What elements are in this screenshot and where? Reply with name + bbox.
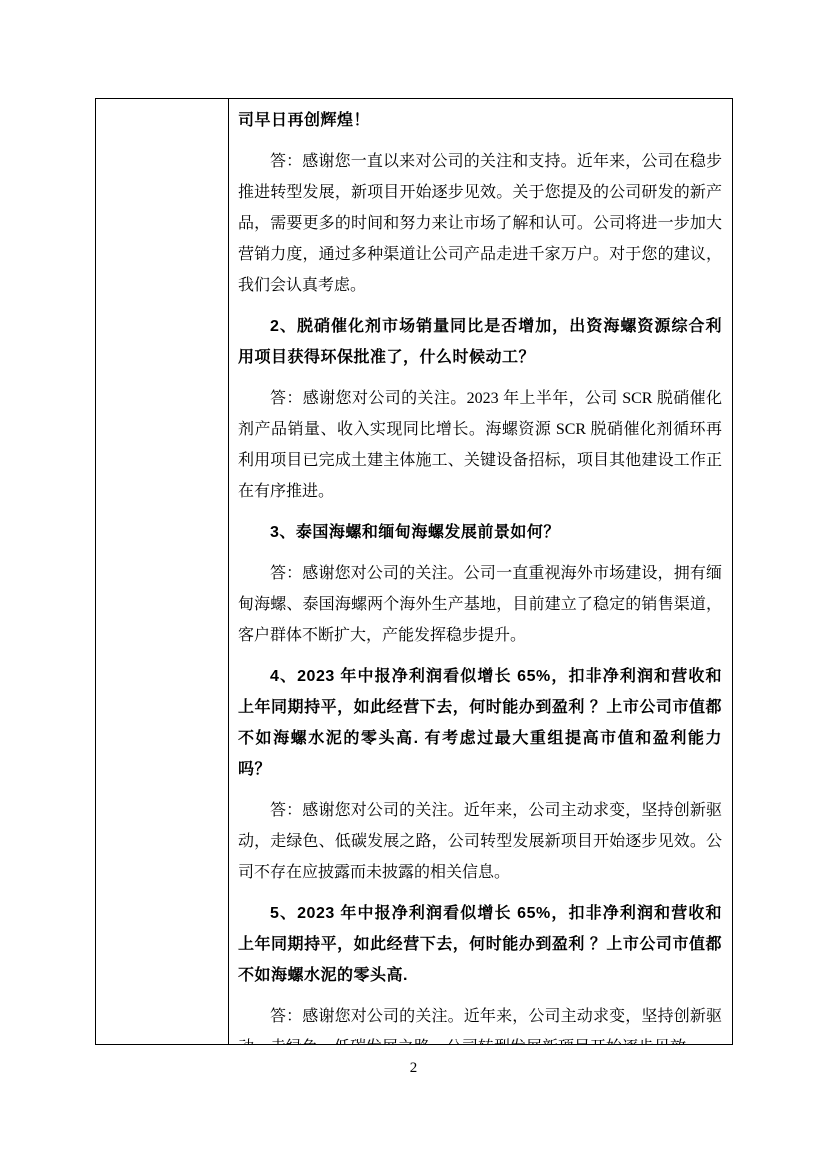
answer-paragraph: 答：感谢您对公司的关注。近年来，公司主动求变，坚持创新驱动，走绿色、低碳发展之路… <box>238 1001 722 1044</box>
question-paragraph: 2、脱硝催化剂市场销量同比是否增加，出资海螺资源综合利用项目获得环保批准了，什么… <box>238 311 722 373</box>
answer-paragraph: 答：感谢您对公司的关注。2023 年上半年，公司 SCR 脱硝催化剂产品销量、收… <box>238 383 722 507</box>
question-paragraph: 4、2023 年中报净利润看似增长 65%，扣非净利润和营收和上年同期持平，如此… <box>238 661 722 785</box>
table-left-cell <box>96 99 229 1044</box>
answer-paragraph: 答：感谢您一直以来对公司的关注和支持。近年来，公司在稳步推进转型发展，新项目开始… <box>238 146 722 301</box>
table-content-cell: 司早日再创辉煌！答：感谢您一直以来对公司的关注和支持。近年来，公司在稳步推进转型… <box>229 99 732 1044</box>
question-paragraph: 5、2023 年中报净利润看似增长 65%，扣非净利润和营收和上年同期持平，如此… <box>238 898 722 991</box>
page-number: 2 <box>0 1060 827 1077</box>
qa-table: 司早日再创辉煌！答：感谢您一直以来对公司的关注和支持。近年来，公司在稳步推进转型… <box>95 98 733 1045</box>
document-page: 司早日再创辉煌！答：感谢您一直以来对公司的关注和支持。近年来，公司在稳步推进转型… <box>0 0 827 1169</box>
answer-paragraph: 答：感谢您对公司的关注。近年来，公司主动求变，坚持创新驱动，走绿色、低碳发展之路… <box>238 795 722 888</box>
answer-paragraph: 答：感谢您对公司的关注。公司一直重视海外市场建设，拥有缅甸海螺、泰国海螺两个海外… <box>238 558 722 651</box>
question-paragraph: 司早日再创辉煌！ <box>238 105 722 136</box>
question-paragraph: 3、泰国海螺和缅甸海螺发展前景如何？ <box>238 517 722 548</box>
